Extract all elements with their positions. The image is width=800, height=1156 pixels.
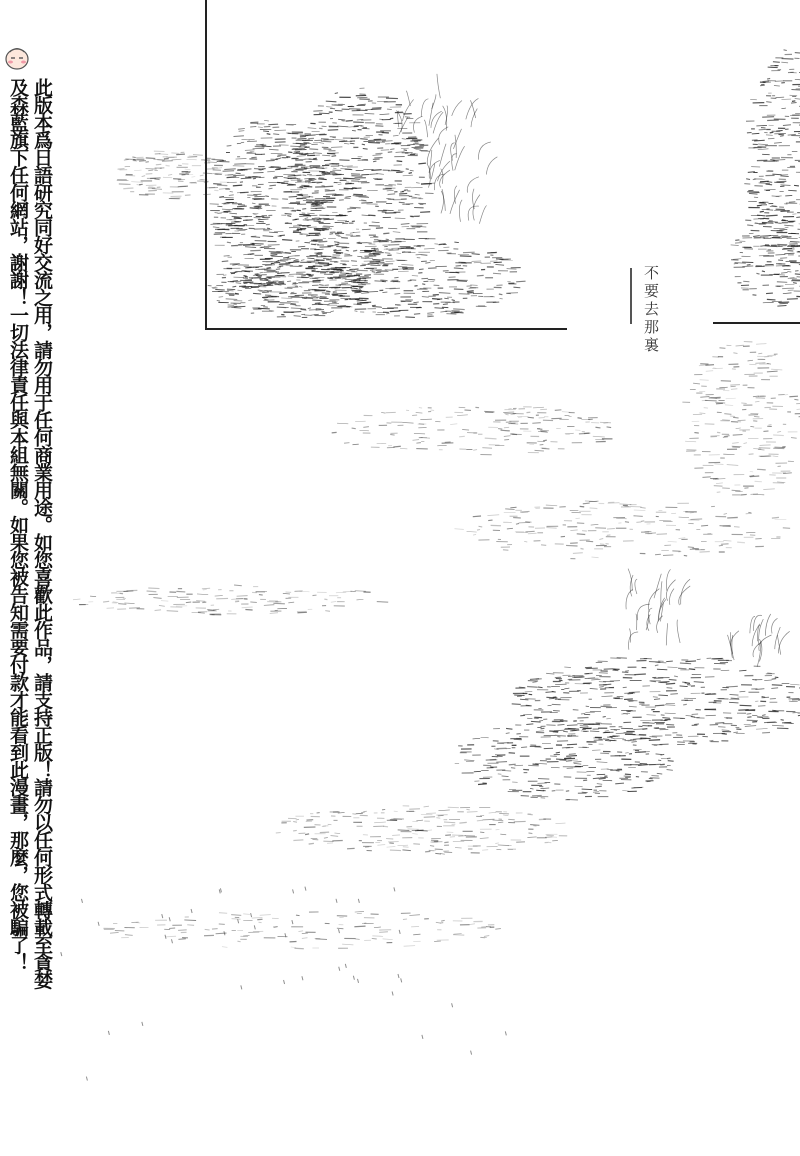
caption-divider (630, 268, 632, 324)
bush-sketch (207, 0, 567, 328)
top-right-panel (713, 0, 800, 324)
caption-text: 不要去那裏 (641, 265, 662, 355)
disclaimer-text: 此版本爲日語研究同好交流之用，請勿用于任何商業用途。如您喜歡此作品，請支持正版！… (6, 78, 54, 1156)
manga-page: 不要去那裏 此版本爲日語研究同好交流之用，請勿用于任何商業用途。如您喜歡此作品，… (0, 0, 800, 1156)
disclaimer-line: 此版本爲日語研究同好交流之用，請勿用于任何商業用途。如您喜歡此作品，請支持正版！… (30, 78, 54, 1156)
top-left-panel (205, 0, 567, 330)
smiling-bun-face-icon (4, 46, 30, 70)
foliage-sketch (713, 0, 800, 322)
disclaimer-line: 及森藍旗下任何網站，謝謝！一切法律責任與本組無關。如果您被告知需要付款才能看到此… (6, 78, 30, 1156)
